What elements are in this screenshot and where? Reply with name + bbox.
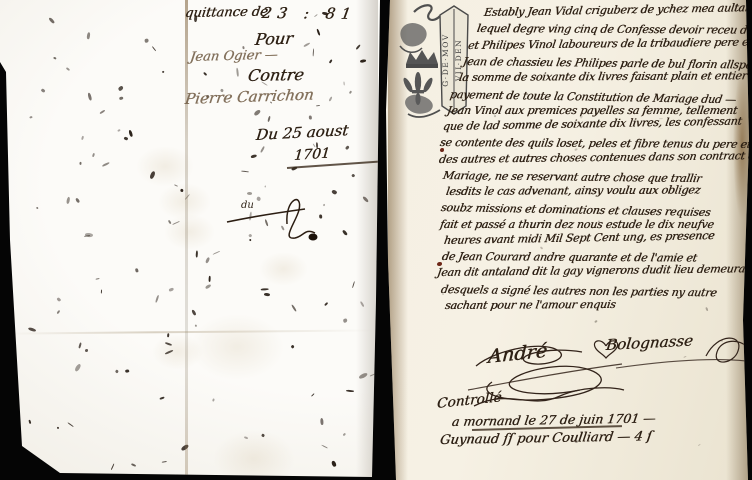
ink-spot [267,116,271,122]
paper-stain [213,430,296,480]
manuscript-line: Estably Jean Vidal criguberz de ychez me… [483,1,752,19]
ink-spot [98,109,105,114]
pour-label: Pour [254,29,294,49]
ink-spot [290,344,294,348]
ink-spot [85,349,89,353]
controle-swash [470,380,630,414]
docket-year: 1701 [293,146,330,164]
ink-spot [159,396,164,399]
ink-spot [162,460,167,462]
ink-spot [331,461,336,468]
ink-spot [125,369,129,372]
ink-spot [329,59,333,63]
ink-spot [36,207,38,209]
ink-spot [203,71,208,76]
ink-spot [261,433,265,437]
manuscript-scan: quittance de 23 : 81 Pour Jean Ogier — C… [0,0,752,480]
paraph-word: du [241,200,254,211]
ink-spot [321,445,327,449]
bleed-spot [540,246,544,250]
ink-spot [57,297,62,302]
ink-spot [117,129,120,132]
ink-spot [100,289,102,294]
ink-spot [67,422,73,427]
ink-spot [130,463,136,467]
manuscript-line: soubz missions et dominations et clauses… [440,201,712,219]
ink-spot [128,130,133,138]
ink-spot [352,281,355,288]
stamp-text-generalite: G·DE·MOV [441,33,450,86]
party-for: Jean Ogier — [189,48,279,65]
ink-spot [161,71,164,74]
ink-spot [124,136,129,140]
docket-date: Du 25 aoust [255,121,349,144]
ink-spot [342,229,348,235]
ink-spot [316,28,320,35]
ink-spot [48,17,55,25]
ink-spot [254,110,262,117]
ink-spot [57,427,59,429]
ink-spot [343,318,348,323]
ink-spot [346,390,355,393]
ink-spot [29,420,32,424]
manuscript-line: que de lad somme de soixante dix livres,… [442,115,743,133]
ink-spot [205,284,212,290]
ink-spot [212,250,220,255]
ink-spot [96,278,100,280]
ink-spot [86,32,91,39]
bleed-spot [705,306,708,310]
ink-spot [75,198,80,204]
ink-spot [344,145,349,150]
ink-spot [260,146,266,153]
controle-signature-line: Guynaud ſſ pour Coulliard — 4 ſ [439,429,653,448]
party-against: Pierre Carrichon [184,86,315,108]
ink-spot [78,342,82,348]
ink-spot [119,97,124,100]
manuscript-line: Jean dit antaland dit la gay vignerons d… [436,262,752,279]
ink-spot [40,88,45,93]
ink-spot [351,173,355,177]
ink-spot [195,251,198,258]
ink-spot [320,418,324,425]
ink-spot [155,295,160,303]
paper-stain [259,252,309,287]
ink-spot [169,288,174,292]
ink-spot [115,369,120,374]
ink-spot [311,393,315,396]
paper-stain [190,314,284,380]
ink-spot [328,96,332,101]
ink-spot [82,136,85,140]
stamp-lion-icon [405,95,433,114]
docket-header-label: quittance de [184,5,269,21]
manuscript-line: se contente des quils loset, peles et fi… [439,136,752,151]
ink-spot [166,333,169,337]
ink-spot [342,433,346,437]
ink-spot [66,67,70,71]
ink-spot [344,81,345,85]
ink-spot [66,197,70,204]
ink-spot [236,67,239,76]
fold-crease-horizontal [8,329,374,334]
paraph-flourish: du [225,188,335,250]
manuscript-line: heures avant midi Mil Sept Cent ung, es … [443,229,715,247]
ink-spot [54,57,57,60]
ink-spot [136,268,139,272]
paper-stain [164,214,215,249]
ink-spot [195,324,197,327]
ink-spot [324,302,329,306]
ink-spot [152,46,156,51]
manuscript-line: et Philipes Vinol laboureurs de la triba… [467,35,752,52]
stamp-serpent-icon [414,5,440,20]
ink-spot [212,399,215,402]
ink-spot [206,257,211,263]
contre-label: Contre [247,65,306,85]
bleed-spot [698,444,701,447]
manuscript-line: lesdits le cas advenant, ainsy voulu aux… [445,183,701,198]
ink-spot [291,304,297,312]
ink-spot [29,115,32,118]
ink-spot [79,162,82,165]
manuscript-line: des autres et autres choses contenues da… [438,149,752,166]
ink-spot [209,276,211,282]
ink-spot [56,309,60,314]
manuscript-line: desquels a signé les autres non les part… [440,283,718,299]
ink-spot [316,105,320,107]
page-edge-shadow [356,0,378,480]
ink-spot [251,154,257,158]
ink-spot [75,363,83,372]
manuscript-line: sachant pour ne l'amour enquis [444,298,617,312]
ink-spot [349,90,353,94]
ink-spot [261,288,269,291]
fold-crease-vertical [185,0,188,477]
ink-spot [309,116,313,120]
manuscript-line: la somme de soixante dix livres faisant … [458,69,748,84]
stamp-lion-icon [400,23,426,47]
ink-spot [191,309,196,315]
ink-spot [145,38,149,42]
docket-header-number: 23 : 81 [260,4,358,23]
ink-spot [312,48,314,57]
ink-spot [117,85,123,91]
manuscript-line: lequel degre ving cinq de Confesse devoi… [476,22,752,37]
ink-spot [303,42,310,47]
ink-spot [110,463,114,470]
bleed-spot [594,320,597,323]
ink-spot [91,153,95,158]
ink-spot [88,92,92,100]
ink-spot [241,171,250,174]
ink-spot [102,162,110,167]
ink-spot [263,292,269,296]
